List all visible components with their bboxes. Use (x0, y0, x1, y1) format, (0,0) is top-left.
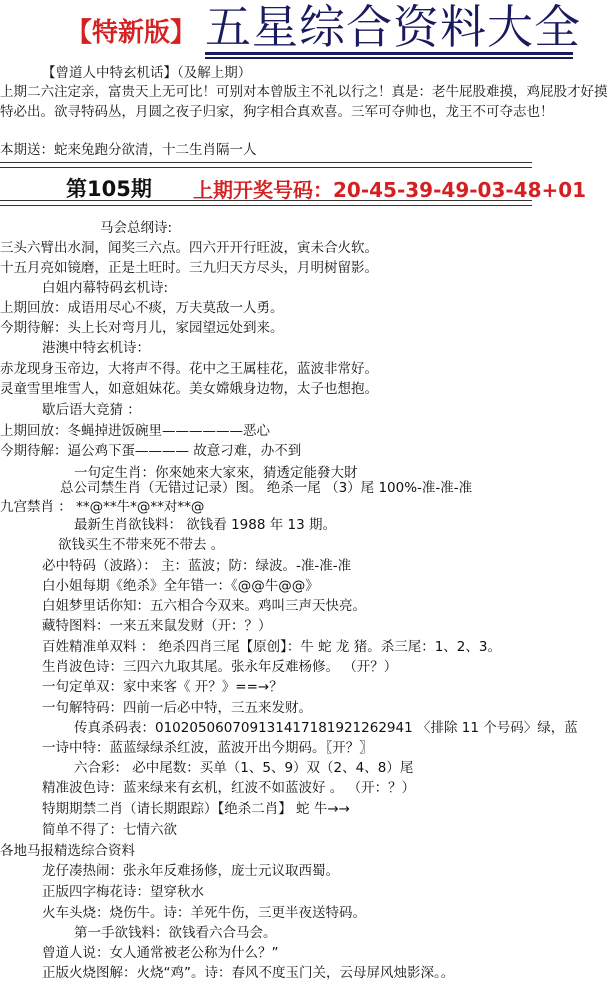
divider (0, 200, 532, 206)
content-line: 一句解特码：四前一后必中特，三五来发财。 (42, 699, 312, 717)
content-line: 上期回放：冬蝇掉进饭碗里——————恶心 (0, 422, 270, 440)
content-line: 白姐梦里话你知：五六相合今双来。鸡叫三声天快亮。 (42, 597, 366, 615)
content-line: 今期待解：头上长对弯月儿，家园望远处到来。 (0, 319, 284, 337)
intro-gift: 本期送：蛇来兔跑分欲清，十二生肖隔一人 (0, 141, 257, 159)
content-line: 百姓精准单双料 ： 绝杀四肖三尾【原创】：牛 蛇 龙 猪。杀三尾：1、2、3。 (42, 638, 501, 656)
content-line: 简单不得了：七情六欲 (42, 821, 177, 839)
content-line: 精准波色诗：蓝来绿来有玄机，红波不如蓝波好 。 （开：？） (42, 779, 415, 797)
content-line: 传真杀码表：010205060709131417181921262941 〈排除… (74, 719, 578, 737)
content-line: 正版火烧图解：火烧“鸡”。诗：春风不度玉门关，云母屏风烛影深。。 (42, 964, 454, 981)
content-line: 灵童雪里堆雪人，如意姐妹花。美女嫦娥身边物，太子也想抱。 (0, 380, 378, 398)
page-header: 【特新版】 五星综合资料大全 (0, 0, 616, 62)
content-line: 上期回放：成语用尽心不痰，万夫莫敌一人勇。 (0, 299, 284, 317)
divider (0, 162, 532, 168)
content-line: 白姐内幕特码玄机诗: (42, 279, 168, 297)
content-line: 火车头烧：烧伤牛。诗：羊死牛伤，三更半夜送特码。 (42, 904, 366, 922)
content-line: 马会总纲诗: (100, 219, 172, 237)
content-line: 港澳中特玄机诗： (42, 339, 150, 357)
previous-draw-result: 上期开奖号码：20-45-39-49-03-48+01 (193, 174, 586, 203)
content-line: 第一手欲钱料：欲钱看六合马会。 (74, 924, 277, 942)
content-line: 今期待解：逼公鸡下蛋———— 故意刁难，办不到 (0, 442, 301, 460)
content-line: 各地马报精选综合资料 (0, 842, 135, 860)
content-line: 白小姐每期《绝杀》全年错一：《@@牛@@》 (42, 577, 319, 595)
content-line: 歇后语大竞猜 ： (42, 401, 141, 419)
title-underline (205, 52, 573, 55)
content-line: 一诗中特：蓝蓝绿绿杀红波，蓝波开出今期码。〖开？〗 (42, 739, 373, 757)
content-line: 曾道人说：女人通常被老公称为什么？” (42, 944, 279, 962)
content-line: 一句定单双：家中来客《 开？》==→？ (42, 678, 283, 696)
content-line: 龙仔凑热闹：张永年反难扬修，庞士元议取西蜀。 (42, 862, 339, 880)
title-underline (205, 57, 573, 59)
content-line: 十五月亮如镜磨，正是土旺时。三九归天方尽头，月明树留影。 (0, 259, 378, 277)
content-line: 藏特图料：一来五来鼠发财（开：？） (42, 617, 272, 635)
content-line: 赤龙现身玉帝边，大将声不得。花中之王属桂花，蓝波非常好。 (0, 360, 378, 378)
page-title: 五星综合资料大全 (205, 2, 581, 52)
content-line: 六合彩： 必中尾数：买单（1、5、9）双（2、4、8）尾 (74, 759, 413, 777)
period-row: 第105期 上期开奖号码：20-45-39-49-03-48+01 (0, 173, 616, 203)
content-line: 生肖波色诗：三四六九取其尾。张永年反难杨修。 （开？） (42, 658, 397, 676)
content-line: 九宫禁肖 ： **@**牛*@**对**@ (0, 498, 204, 516)
intro-heading: 【曾道人中特玄机话】（及解上期） (42, 64, 251, 82)
content-line: 正版四字梅花诗：望穿秋水 (42, 883, 204, 901)
intro-paragraph: 上期二六注定亲，富贵天上无可比！可别对本曾版主不礼以行之！真是：老牛屁股难摸，鸡… (0, 82, 612, 122)
content-line: 欲钱买生不带来死不带去 。 (58, 536, 224, 554)
content-line: 总公司禁生肖（无错过记录）图。 绝杀一尾 （3）尾 100%-准-准-准 (60, 479, 472, 497)
content-line: 三头六臂出水洞，闻奖三六点。四六开开行旺波，寅未合火软。 (0, 239, 378, 257)
content-line: 特期期禁二肖（请长期跟踪）【绝杀二肖】 蛇 牛→→ (42, 800, 350, 818)
content-line: 必中特码（波路）： 主：蓝波；防：绿波。-准-准-准 (42, 557, 351, 575)
period-number: 第105期 (66, 173, 152, 203)
content-line: 最新生肖欲钱料： 欲钱看 1988 年 13 期。 (74, 516, 336, 534)
edition-badge: 【特新版】 (66, 12, 196, 49)
